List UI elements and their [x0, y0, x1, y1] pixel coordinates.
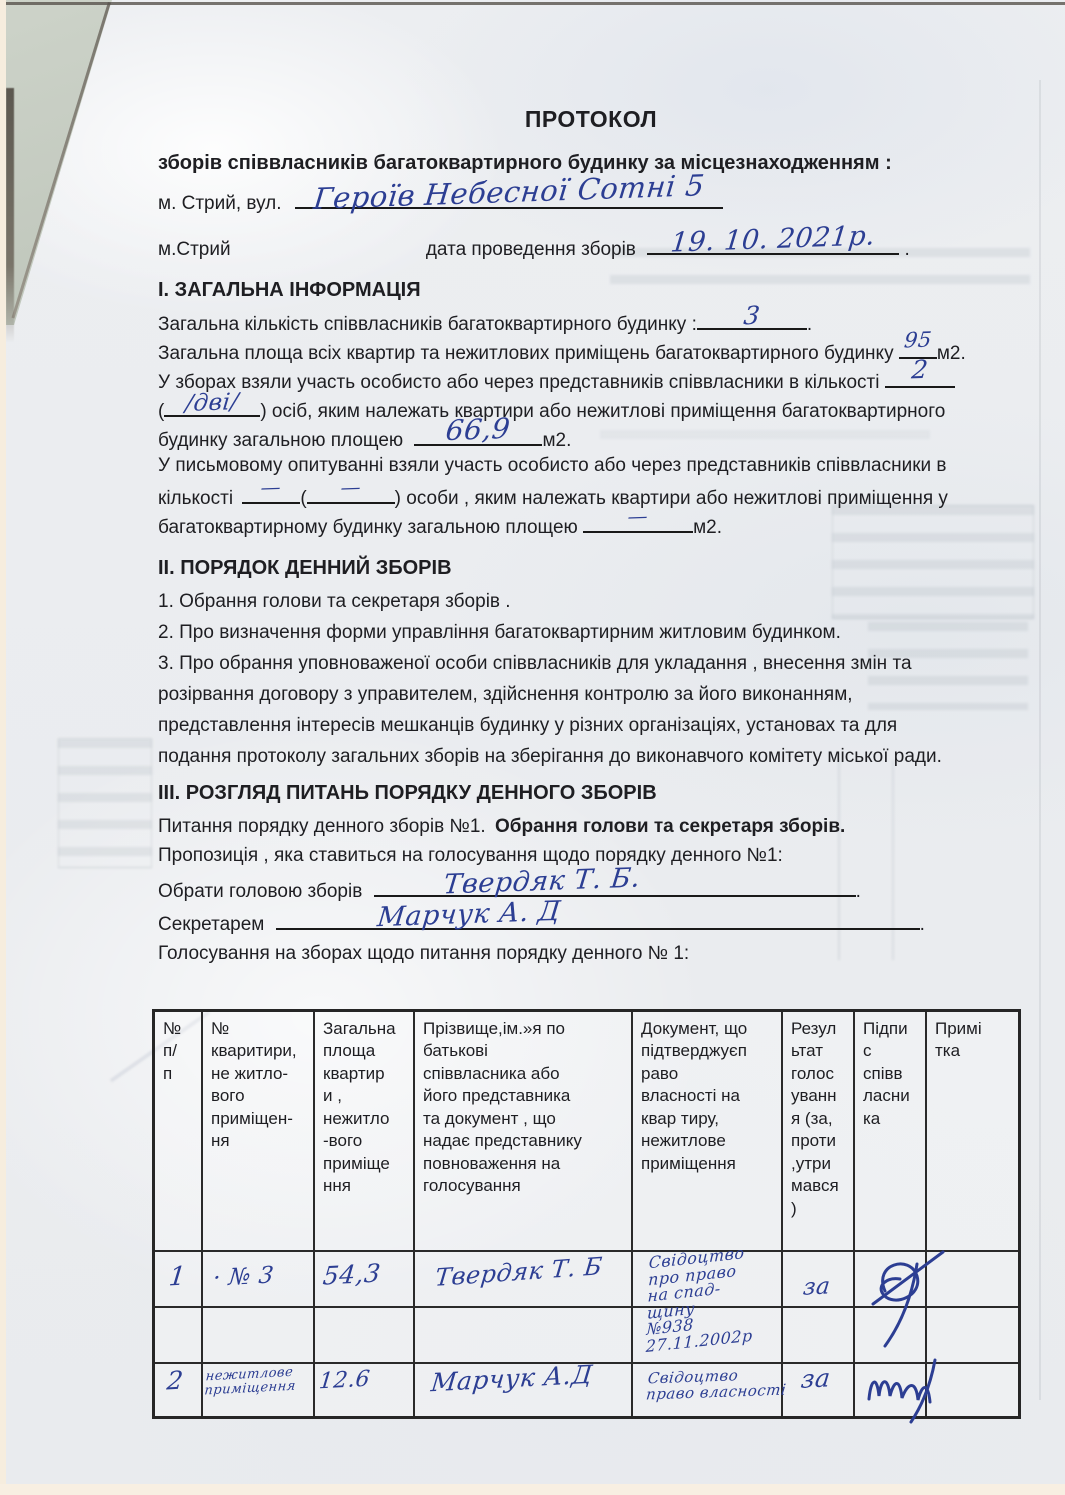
written-poll-count-line: кількості —(—) особи , яким належать ква… — [158, 484, 1024, 504]
agenda-item-continuation: подання протоколу загальних зборів на зб… — [158, 746, 1024, 766]
total-area-label: Загальна площа всіх квартир та нежитлови… — [158, 343, 894, 364]
row2-num-handwriting: 2 — [166, 1367, 185, 1393]
total-area-line: Загальна площа всіх квартир та нежитлови… — [158, 339, 1024, 359]
row2-signature-scribble — [861, 1354, 956, 1426]
col-header-num: № п/ п — [155, 1012, 203, 1252]
proposal-line: Пропозиція , яка ставиться на голосуванн… — [158, 845, 1024, 865]
period: . — [920, 914, 925, 935]
agenda-item: 1. Обрання голови та секретаря зборів . — [158, 591, 1024, 611]
row1-apartment-handwriting: · № 3 — [212, 1264, 275, 1290]
participants-area-field: 66,9 — [414, 426, 542, 446]
row2-vote-handwriting: за — [800, 1365, 832, 1392]
m2-label: м2. — [693, 517, 722, 538]
agenda-item: 2. Про визначення форми управління багат… — [158, 622, 1024, 642]
written-poll-area-field: — — [583, 513, 693, 533]
left-margin-strip — [0, 0, 6, 1495]
written-poll-count-label: кількості — [158, 488, 233, 509]
question1-line: Питання порядку денного зборів №1. Обран… — [158, 816, 1024, 836]
table-cell — [155, 1308, 203, 1364]
chair-field: Твердяк Т. Б. — [374, 877, 856, 897]
period: . — [856, 881, 861, 902]
address-label: м. Стрий, вул. — [158, 193, 282, 214]
written-poll-area-label: багатоквартирному будинку загальною площ… — [158, 517, 578, 538]
date-line: м.Стрий дата проведення зборів 19. 10. 2… — [158, 235, 1024, 255]
row1-num-handwriting: 1 — [168, 1263, 188, 1290]
voting-table: № п/ п № кваритири, не житло- вого примі… — [152, 1009, 1021, 1419]
col-header-document: Документ, що підтверджуєп раво власності… — [633, 1012, 783, 1252]
row2-area-handwriting: 12.6 — [318, 1369, 371, 1394]
participants-line: У зборах взяли участь особисто або через… — [158, 368, 1024, 388]
written-poll-area-line: багатоквартирному будинку загальною площ… — [158, 513, 1024, 533]
section3-heading: ІІІ. РОЗГЛЯД ПИТАНЬ ПОРЯДКУ ДЕННОГО ЗБОР… — [158, 782, 1024, 804]
table-cell — [783, 1308, 855, 1364]
dash-mark: — — [627, 506, 650, 527]
city-label: м.Стрий — [158, 239, 231, 260]
date-field: 19. 10. 2021р. — [647, 235, 899, 255]
total-owners-field: 3 — [697, 310, 807, 330]
scanner-background-corner — [0, 0, 130, 325]
dash-mark: — — [339, 477, 362, 498]
section2-heading: ІІ. ПОРЯДОК ДЕННИЙ ЗБОРІВ — [158, 557, 1024, 579]
secretary-field: Марчук А. Д — [276, 910, 920, 930]
participants-words-line: (/дві/) осіб, яким належать квартири або… — [158, 397, 1024, 417]
secretary-handwriting: Марчук А. Д — [376, 898, 562, 932]
chair-line: Обрати головою зборів Твердяк Т. Б.. — [158, 877, 1024, 897]
written-poll-words-field: — — [307, 484, 395, 504]
question1-title: Обрання голови та секретаря зборів. — [495, 816, 845, 837]
address-handwriting: Героїв Небесної Сотні 5 — [312, 171, 706, 214]
participants-count-value: 2 — [910, 357, 929, 383]
col-header-signature: Підпи с співв ласни ка — [855, 1012, 927, 1252]
bleed-through-margin-table — [58, 738, 152, 868]
voting-line: Голосування на зборах щодо питання поряд… — [158, 943, 1024, 963]
row1-document-handwriting: Свідоцтво про право на спад- щину №938 2… — [646, 1244, 756, 1355]
secretary-line: Секретарем Марчук А. Д. — [158, 910, 1024, 930]
scanned-protocol-page: ПРОТОКОЛ зборів співвласників багатоквар… — [0, 0, 1065, 1495]
agenda-item-continuation: представлення інтересів мешканців будинк… — [158, 715, 1024, 735]
col-header-note: Примі тка — [927, 1012, 1018, 1252]
participants-area-line: будинку загальною площею 66,9м2. — [158, 426, 1024, 446]
date-period: . — [904, 239, 909, 260]
section1-heading: І. ЗАГАЛЬНА ІНФОРМАЦІЯ — [158, 279, 1024, 301]
col-header-apartment: № кваритири, не житло- вого приміщен- ня — [203, 1012, 315, 1252]
row1-signature-scribble — [855, 1246, 965, 1351]
written-poll-count-field: — — [242, 484, 300, 504]
period: . — [807, 314, 812, 335]
col-header-name: Прізвище,ім.»я по батькові співвласника … — [415, 1012, 633, 1252]
address-field: Героїв Небесної Сотні 5 — [295, 189, 723, 209]
table-cell — [315, 1308, 415, 1364]
document-title: ПРОТОКОЛ — [158, 106, 1024, 133]
row1-area-handwriting: 54,3 — [322, 1260, 382, 1288]
participants-label: У зборах взяли участь особисто або через… — [158, 372, 879, 393]
document-content: ПРОТОКОЛ зборів співвласників багатоквар… — [158, 96, 1024, 1419]
bottom-margin-strip — [0, 1484, 1065, 1495]
col-header-result: Резул ьтат голос уванн я (за, проти ,утр… — [783, 1012, 855, 1252]
agenda-item: 3. Про обрання уповноваженої особи співв… — [158, 653, 1024, 673]
left-edge-shadow — [6, 88, 14, 343]
participants-words-tail: ) осіб, яким належать квартири або нежит… — [260, 401, 945, 422]
col-header-area: Загальна площа квартир и , нежитло -вого… — [315, 1012, 415, 1252]
row2-apartment-handwriting: нежитлове приміщення — [204, 1366, 298, 1399]
participants-area-value: 66,9 — [445, 415, 512, 445]
total-owners-line: Загальна кількість співвласників багаток… — [158, 310, 1024, 330]
agenda-item-continuation: розірвання договору з управителем, здійс… — [158, 684, 1024, 704]
written-poll-tail: ) особи , яким належать квартири або неж… — [395, 488, 948, 509]
total-area-value: 95 — [903, 329, 933, 351]
dash-mark: — — [260, 477, 283, 498]
total-owners-label: Загальна кількість співвласників багаток… — [158, 314, 697, 335]
participants-words-value: /дві/ — [184, 391, 240, 416]
address-line: м. Стрий, вул. Героїв Небесної Сотні 5 — [158, 189, 1024, 209]
top-edge-line — [0, 2, 1065, 5]
table-cell — [415, 1308, 633, 1364]
table-cell — [203, 1308, 315, 1364]
total-owners-value: 3 — [742, 303, 761, 329]
row2-document-handwriting: Свідоцтво право власності — [645, 1365, 788, 1402]
chair-handwriting: Твердяк Т. Б. — [443, 865, 643, 899]
secretary-label: Секретарем — [158, 914, 264, 935]
right-edge-shadow — [1039, 80, 1041, 1400]
participants-words-field: /дві/ — [164, 397, 260, 417]
participants-area-label: будинку загальною площею — [158, 430, 403, 451]
participants-count-field: 2 — [885, 368, 955, 388]
date-label: дата проведення зборів — [426, 239, 636, 260]
m2-label: м2. — [542, 430, 571, 451]
date-handwriting: 19. 10. 2021р. — [670, 222, 877, 256]
question1-label: Питання порядку денного зборів №1. — [158, 816, 486, 837]
written-poll-line: У письмовому опитуванні взяли участь осо… — [158, 455, 1024, 475]
row1-vote-handwriting: за — [802, 1275, 832, 1300]
m2-label: м2. — [937, 343, 966, 364]
chair-label: Обрати головою зборів — [158, 881, 362, 902]
